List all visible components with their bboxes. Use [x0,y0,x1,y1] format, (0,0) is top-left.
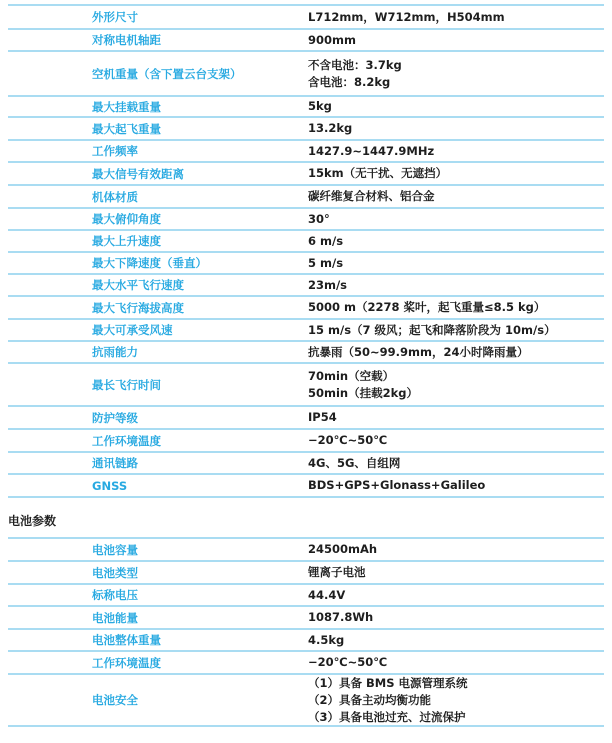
spec-value-line: IP54 [308,409,604,426]
spec-value-line: 5 m/s [308,255,604,272]
spec-row: 工作环境温度−20℃~50℃ [8,652,604,675]
spec-value: 5kg [308,98,604,115]
spec-value-line: 1087.8Wh [308,609,604,626]
spec-value: 碳纤维复合材料、铝合金 [308,188,604,205]
spec-value-line: 23m/s [308,277,604,294]
spec-value-line: 4G、5G、自组网 [308,455,604,472]
spec-row: 空机重量（含下置云台支架）不含电池：3.7kg含电池：8.2kg [8,52,604,97]
spec-value: BDS+GPS+Glonass+Galileo [308,477,604,494]
spec-value: 23m/s [308,277,604,294]
spec-row: 电池容量24500mAh [8,539,604,562]
spec-value-line: （3）具备电池过充、过流保护 [308,709,604,726]
spec-row: 电池整体重量4.5kg [8,630,604,652]
spec-label: 最大上升速度 [8,233,308,249]
spec-row: 抗雨能力抗暴雨（50~99.9mm，24小时降雨量） [8,342,604,364]
spec-row: 工作频率1427.9~1447.9MHz [8,141,604,163]
spec-label: 最大信号有效距离 [8,166,308,182]
spec-row: 工作环境温度−20℃~50℃ [8,430,604,453]
spec-label: 最大水平飞行速度 [8,277,308,293]
spec-value: 6 m/s [308,233,604,250]
spec-value: 44.4V [308,587,604,604]
spec-label: 最长飞行时间 [8,377,308,393]
spec-row: 最大起飞重量13.2kg [8,118,604,141]
spec-label: 最大挂载重量 [8,99,308,115]
spec-value: 900mm [308,32,604,49]
spec-value-line: 抗暴雨（50~99.9mm，24小时降雨量） [308,344,604,361]
spec-row: 最大信号有效距离15km（无干扰、无遮挡） [8,163,604,186]
spec-value-line: 44.4V [308,587,604,604]
spec-value: 24500mAh [308,541,604,558]
spec-label: 最大可承受风速 [8,322,308,338]
spec-value-line: 碳纤维复合材料、铝合金 [308,188,604,205]
spec-value: L712mm，W712mm，H504mm [308,9,604,26]
spec-row: 最大飞行海拔高度5000 m（2278 桨叶，起飞重量≤8.5 kg） [8,297,604,320]
spec-label: 工作环境温度 [8,433,308,449]
spec-row: 电池类型锂离子电池 [8,562,604,585]
spec-row: 标称电压44.4V [8,585,604,607]
spec-value: 5 m/s [308,255,604,272]
spec-label: 最大飞行海拔高度 [8,300,308,316]
spec-row: GNSSBDS+GPS+Glonass+Galileo [8,475,604,498]
spec-value-line: 50min（挂载2kg） [308,385,604,402]
spec-row: 电池安全（1）具备 BMS 电源管理系统（2）具备主动均衡功能（3）具备电池过充… [8,675,604,727]
spec-row: 最大俯仰角度30° [8,209,604,231]
spec-row: 通讯链路4G、5G、自组网 [8,453,604,475]
spec-value: 4.5kg [308,632,604,649]
spec-value: 4G、5G、自组网 [308,455,604,472]
spec-row: 外形尺寸L712mm，W712mm，H504mm [8,6,604,30]
spec-value-line: （2）具备主动均衡功能 [308,692,604,709]
spec-row: 防护等级IP54 [8,407,604,430]
spec-row: 最大下降速度（垂直）5 m/s [8,253,604,275]
spec-label: 电池类型 [8,565,308,581]
spec-label: 抗雨能力 [8,344,308,360]
spec-value-line: 含电池：8.2kg [308,74,604,91]
spec-value-line: 900mm [308,32,604,49]
spec-row: 对称电机轴距900mm [8,30,604,52]
aircraft-spec-table: 外形尺寸L712mm，W712mm，H504mm对称电机轴距900mm空机重量（… [8,6,604,498]
spec-value: −20℃~50℃ [308,654,604,671]
spec-label: 工作频率 [8,143,308,159]
spec-value-line: 70min（空载） [308,368,604,385]
spec-value: 15 m/s（7 级风；起飞和降落阶段为 10m/s） [308,322,604,339]
battery-section-title: 电池参数 [8,512,56,529]
spec-label: 标称电压 [8,587,308,603]
spec-label: 最大俯仰角度 [8,211,308,227]
spec-value-line: 15 m/s（7 级风；起飞和降落阶段为 10m/s） [308,322,604,339]
spec-value-line: 30° [308,211,604,228]
spec-label: 外形尺寸 [8,9,308,25]
spec-value-line: 13.2kg [308,120,604,137]
spec-value: IP54 [308,409,604,426]
battery-spec-table: 电池容量24500mAh电池类型锂离子电池标称电压44.4V电池能量1087.8… [8,539,604,727]
spec-label: 空机重量（含下置云台支架） [8,66,308,82]
spec-value-line: 6 m/s [308,233,604,250]
spec-value: 15km（无干扰、无遮挡） [308,165,604,182]
spec-row: 最大水平飞行速度23m/s [8,275,604,297]
spec-value: 30° [308,211,604,228]
spec-value-line: −20℃~50℃ [308,432,604,449]
spec-value-line: L712mm，W712mm，H504mm [308,9,604,26]
spec-label: 电池安全 [8,692,308,708]
spec-value-line: 24500mAh [308,541,604,558]
spec-label: 最大下降速度（垂直） [8,255,308,271]
spec-row: 电池能量1087.8Wh [8,607,604,630]
spec-value-line: 15km（无干扰、无遮挡） [308,165,604,182]
spec-row: 最大挂载重量5kg [8,97,604,118]
spec-value-line: 1427.9~1447.9MHz [308,143,604,160]
spec-label: 对称电机轴距 [8,32,308,48]
spec-row: 机体材质碳纤维复合材料、铝合金 [8,186,604,209]
spec-value: 抗暴雨（50~99.9mm，24小时降雨量） [308,344,604,361]
spec-label: 机体材质 [8,189,308,205]
spec-value: 不含电池：3.7kg含电池：8.2kg [308,57,604,91]
spec-label: 电池整体重量 [8,632,308,648]
spec-value-line: 5000 m（2278 桨叶，起飞重量≤8.5 kg） [308,299,604,316]
spec-value-line: −20℃~50℃ [308,654,604,671]
spec-value: （1）具备 BMS 电源管理系统（2）具备主动均衡功能（3）具备电池过充、过流保… [308,675,604,726]
spec-value: 1427.9~1447.9MHz [308,143,604,160]
spec-row: 最长飞行时间70min（空载）50min（挂载2kg） [8,364,604,407]
spec-value: 5000 m（2278 桨叶，起飞重量≤8.5 kg） [308,299,604,316]
spec-label: 通讯链路 [8,455,308,471]
spec-value-line: BDS+GPS+Glonass+Galileo [308,477,604,494]
spec-value: −20℃~50℃ [308,432,604,449]
spec-value-line: 不含电池：3.7kg [308,57,604,74]
spec-value: 1087.8Wh [308,609,604,626]
spec-value-line: （1）具备 BMS 电源管理系统 [308,675,604,692]
spec-label: 最大起飞重量 [8,121,308,137]
spec-value: 锂离子电池 [308,564,604,581]
spec-row: 最大上升速度6 m/s [8,231,604,253]
spec-value-line: 锂离子电池 [308,564,604,581]
spec-value-line: 5kg [308,98,604,115]
spec-label: 电池容量 [8,542,308,558]
spec-row: 最大可承受风速15 m/s（7 级风；起飞和降落阶段为 10m/s） [8,320,604,342]
spec-label: 防护等级 [8,410,308,426]
spec-value-line: 4.5kg [308,632,604,649]
spec-label: 工作环境温度 [8,655,308,671]
spec-label: GNSS [8,479,308,493]
spec-label: 电池能量 [8,610,308,626]
spec-value: 70min（空载）50min（挂载2kg） [308,368,604,402]
spec-value: 13.2kg [308,120,604,137]
